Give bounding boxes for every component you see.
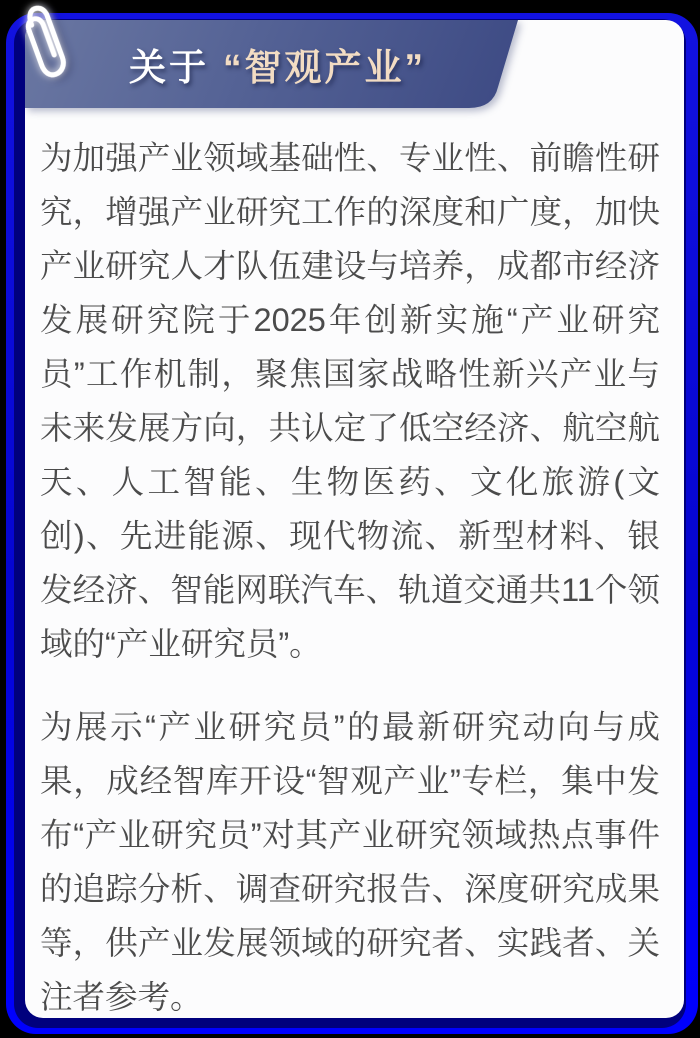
header-banner: 关于“智观产业” (25, 20, 525, 112)
page-title: 关于“智观产业” (129, 37, 426, 91)
paragraph-about-column: 为展示“产业研究员”的最新研究动向与成果，成经智库开设“智观产业”专栏，集中发布… (40, 700, 660, 1018)
inner-navy-frame: 关于“智观产业” 为加强产业领域基础性、专业性、前瞻性研究，增强产业研究工作的深… (14, 19, 686, 1028)
content-card: 关于“智观产业” 为加强产业领域基础性、专业性、前瞻性研究，增强产业研究工作的深… (25, 20, 684, 1018)
body-text: 为加强产业领域基础性、专业性、前瞻性研究，增强产业研究工作的深度和广度，加快产业… (25, 108, 684, 1018)
outer-blue-frame: 关于“智观产业” 为加强产业领域基础性、专业性、前瞻性研究，增强产业研究工作的深… (6, 13, 698, 1034)
paragraph-about-mechanism: 为加强产业领域基础性、专业性、前瞻性研究，增强产业研究工作的深度和广度，加快产业… (40, 131, 660, 671)
header-banner-shape: 关于“智观产业” (25, 20, 525, 108)
page-title-prefix: 关于 (129, 47, 209, 88)
promo-card: 关于“智观产业” 为加强产业领域基础性、专业性、前瞻性研究，增强产业研究工作的深… (0, 0, 700, 1038)
page-title-highlight: “智观产业” (223, 47, 426, 88)
